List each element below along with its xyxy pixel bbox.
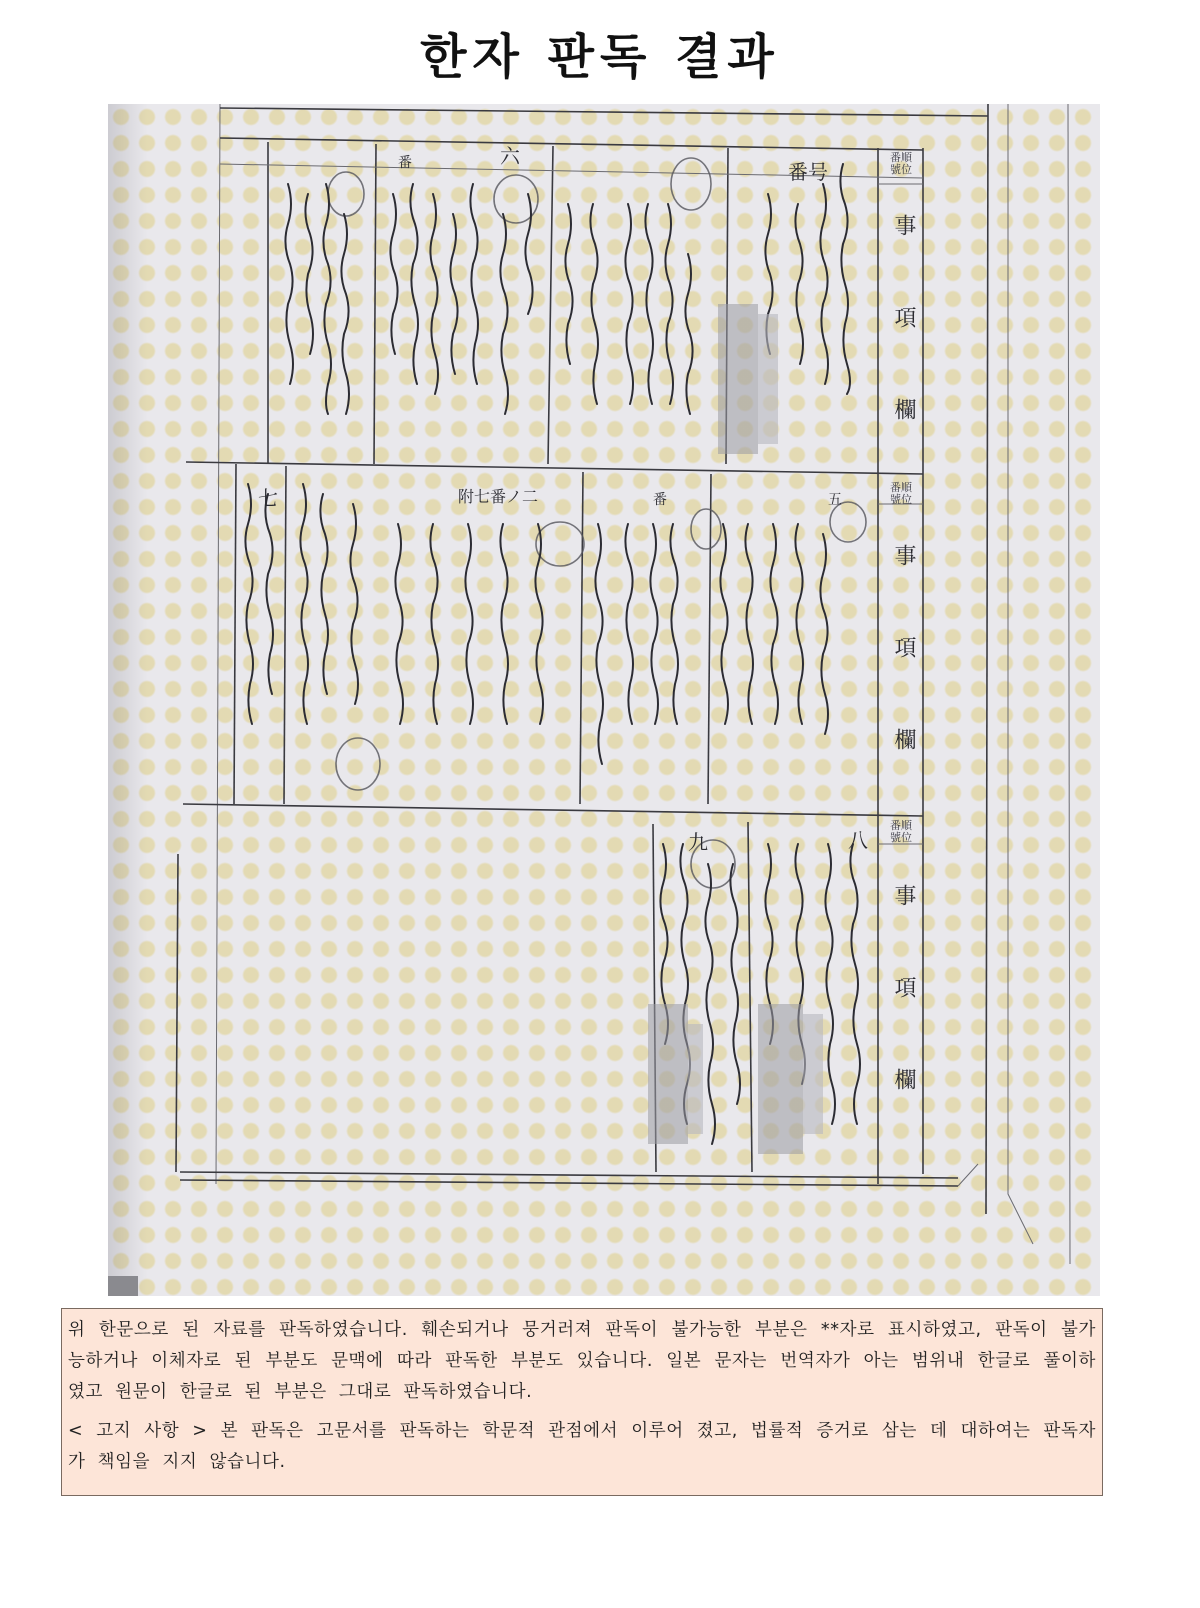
legal-notice-paragraph: < 고지 사항 > 본 판독은 고문서를 판독하는 학문적 관점에서 이루어 졌… <box>68 1416 1096 1478</box>
handwriting-strokes <box>245 164 860 1144</box>
section-marker: 七 <box>258 482 278 511</box>
section-marker: 五 <box>828 489 842 509</box>
scanned-register-image: 番順 號位 番順 號位 番順 號位 事項欄 事項欄 事項欄 番号 六 番 五 番… <box>108 104 1100 1296</box>
disclaimer-paragraph: 위 한문으로 된 자료를 판독하였습니다. 훼손되거나 뭉거러져 판독이 불가능… <box>68 1315 1096 1408</box>
page-title: 한자 판독 결과 <box>0 18 1200 87</box>
section-marker: 附七番ノ二 <box>458 484 538 507</box>
section-marker: 六 <box>500 140 520 169</box>
order-number-label: 番順 號位 <box>886 820 916 844</box>
section-marker: 八 <box>848 824 868 853</box>
register-ruling <box>108 104 1100 1296</box>
column-header-label: 事項欄 <box>888 214 919 490</box>
section-marker: 九 <box>688 826 708 855</box>
section-marker: 番 <box>398 152 412 172</box>
column-header-label: 事項欄 <box>888 544 919 820</box>
column-header-label: 事項欄 <box>888 884 919 1160</box>
section-marker: 番号 <box>788 156 828 185</box>
section-marker: 番 <box>653 489 667 509</box>
order-number-label: 番順 號位 <box>886 152 916 176</box>
disclaimer-box: 위 한문으로 된 자료를 판독하였습니다. 훼손되거나 뭉거러져 판독이 불가능… <box>61 1308 1103 1496</box>
